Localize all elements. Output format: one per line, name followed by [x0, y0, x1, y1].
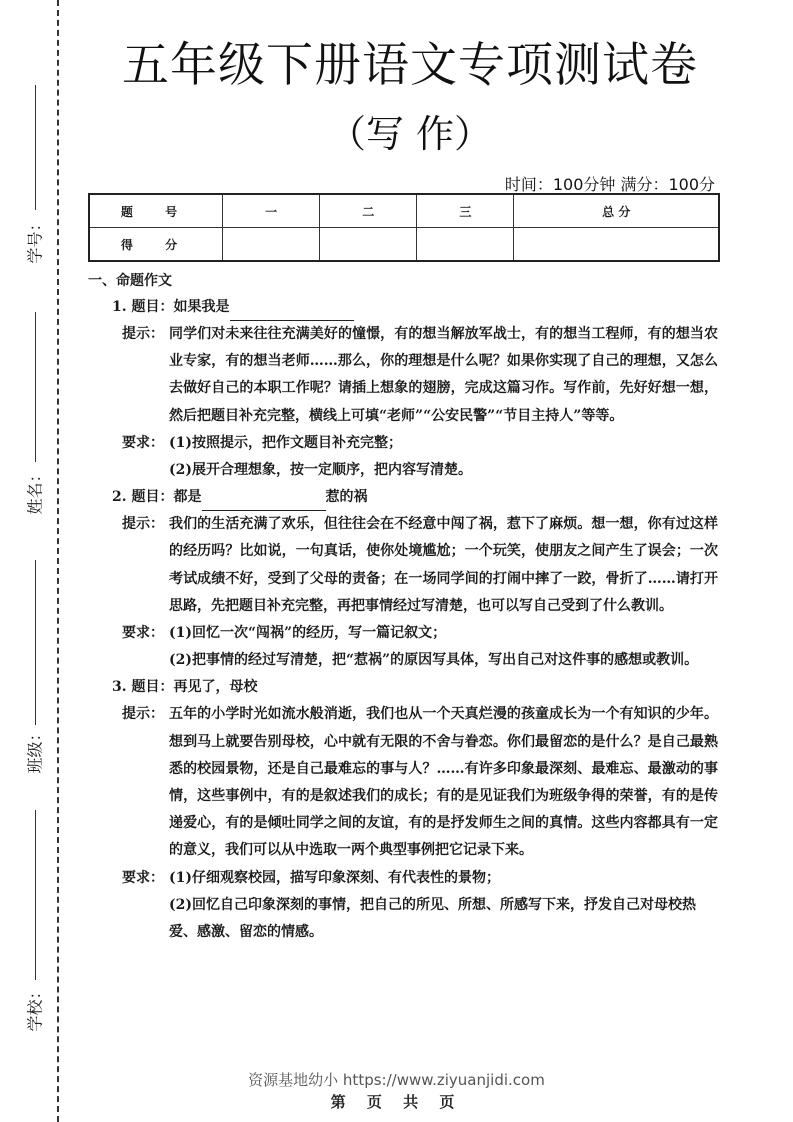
col-3: 三 [417, 194, 514, 228]
score-cell-1[interactable] [223, 228, 320, 262]
question-2-title: 2. 题目：都是惹的祸 [88, 484, 728, 511]
source-watermark: 资源基地幼小 https://www.ziyuanjidi.com [0, 1069, 793, 1090]
question-1-req-1: 要求： (1)按照提示，把作文题目补充完整； [88, 430, 728, 457]
score-table: 题 号 一 二 三 总 分 得 分 [88, 193, 720, 262]
score-cell-total[interactable] [514, 228, 719, 262]
title-blank[interactable] [230, 304, 354, 321]
score-cell-2[interactable] [320, 228, 417, 262]
page-title: 五年级下册语文专项测试卷 [80, 28, 740, 95]
score-cell-3[interactable] [417, 228, 514, 262]
score-label: 得 分 [89, 228, 223, 262]
question-1-req-2: (2)展开合理想象，按一定顺序，把内容写清楚。 [88, 457, 728, 484]
score-header-row: 题 号 一 二 三 总 分 [89, 194, 719, 228]
question-1-hint: 提示： 同学们对未来往往充满美好的憧憬，有的想当解放军战士，有的想当工程师，有的… [88, 321, 728, 430]
section-1: 一、命题作文 1. 题目：如果我是 提示： 同学们对未来往往充满美好的憧憬，有的… [88, 268, 728, 946]
question-3-hint: 提示： 五年的小学时光如流水般消逝，我们也从一个天真烂漫的孩童成长为一个有知识的… [88, 701, 728, 864]
col-1: 一 [223, 194, 320, 228]
cut-line [57, 0, 59, 1122]
score-row: 得 分 [89, 228, 719, 262]
col-2: 二 [320, 194, 417, 228]
question-3-req-1: 要求： (1)仔细观察校园，描写印象深刻、有代表性的景物； [88, 865, 728, 892]
school-label: 学校： [23, 992, 46, 1032]
class-line[interactable] [35, 560, 36, 725]
question-3-req-2: (2)回忆自己印象深刻的事情，把自己的所见、所想、所感写下来，抒发自己对母校热爱… [88, 892, 728, 946]
binding-margin: 学号： 姓名： 班级： 学校： [0, 0, 80, 1122]
question-2-req-2: (2)把事情的经过写清楚，把“惹祸”的原因写具体，写出自己对这件事的感想或教训。 [88, 647, 728, 674]
page-number: 第 页 共 页 [0, 1091, 793, 1112]
name-label: 姓名： [23, 475, 46, 515]
student-id-line[interactable] [35, 85, 36, 210]
title-blank[interactable] [202, 494, 326, 511]
col-total: 总 分 [514, 194, 719, 228]
question-2-req-1: 要求： (1)回忆一次“闯祸”的经历，写一篇记叙文； [88, 620, 728, 647]
name-line[interactable] [35, 312, 36, 462]
question-3-title: 3. 题目：再见了，母校 [88, 674, 728, 701]
student-id-label: 学号： [23, 224, 46, 264]
question-1-title: 1. 题目：如果我是 [88, 294, 728, 321]
school-line[interactable] [35, 810, 36, 980]
exam-meta: 时间：100分钟 满分：100分 [505, 172, 715, 195]
col-label: 题 号 [89, 194, 223, 228]
section-heading: 一、命题作文 [88, 268, 728, 294]
class-label: 班级： [23, 734, 46, 774]
question-2-hint: 提示： 我们的生活充满了欢乐，但往往会在不经意中闯了祸，惹下了麻烦。想一想，你有… [88, 511, 728, 620]
page-subtitle: （写 作） [80, 103, 740, 158]
